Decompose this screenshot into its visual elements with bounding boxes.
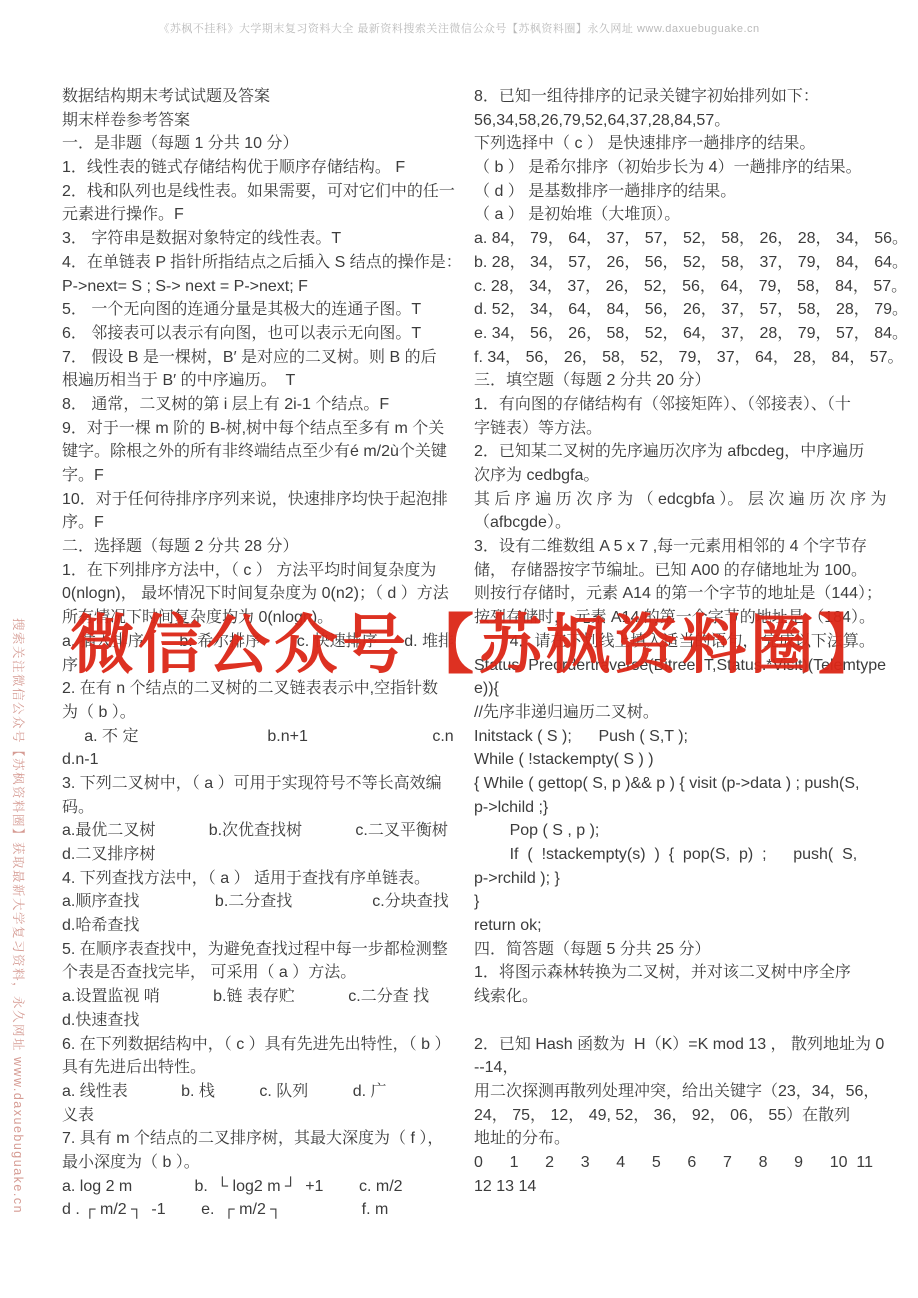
text-line: Pop ( S , p ); bbox=[474, 819, 870, 843]
page-header-text: 《苏枫不挂科》大学期末复习资料大全 最新资料搜索关注微信公众号【苏枫资料圈】永久… bbox=[0, 20, 918, 36]
text-line: a. 84， 79， 64， 37， 57， 52， 58， 26， 28， 3… bbox=[474, 227, 870, 251]
text-line: p->rchild ); } bbox=[474, 867, 870, 891]
text-line: a.设置监视 哨 b.链 表存贮 c.二分查 找 bbox=[62, 985, 458, 1009]
text-line: c. 28， 34， 37， 26， 52， 56， 64， 79， 58， 8… bbox=[474, 275, 870, 299]
text-line: 所有情况下时间复杂度均为 0(nlogn)。 bbox=[62, 606, 458, 630]
text-line: 字链表）等方法。 bbox=[474, 417, 870, 441]
text-line: 1．在下列排序方法中，（ c ） 方法平均时间复杂度为 bbox=[62, 559, 458, 583]
watermark-side-text: 搜索关注微信公众号【苏枫资料圈】获取最新大学复习资料，永久网址 www.daxu… bbox=[10, 618, 28, 1214]
text-line: （afbcgde）。 bbox=[474, 511, 870, 535]
text-line: （ b ） 是希尔排序（初始步长为 4）一趟排序的结果。 bbox=[474, 156, 870, 180]
text-line: 5. 在顺序表查找中，为避免查找过程中每一步都检测整 bbox=[62, 938, 458, 962]
text-line: 码。 bbox=[62, 796, 458, 820]
text-line: a.最优二叉树 b.次优查找树 c.二叉平衡树 bbox=[62, 819, 458, 843]
text-line: 7． 假设 B 是一棵树，B′ 是对应的二叉树。则 B 的后 bbox=[62, 346, 458, 370]
text-line: 键字。除根之外的所有非终端结点至少有é m/2ù个关键 bbox=[62, 440, 458, 464]
text-line: 2．已知某二叉树的先序遍历次序为 afbcdeg，中序遍历 bbox=[474, 440, 870, 464]
text-line: 储， 存储器按字节编址。已知 A00 的存储地址为 100。 bbox=[474, 559, 870, 583]
text-line: 地址的分布。 bbox=[474, 1127, 870, 1151]
text-line: 数据结构期末考试试题及答案 bbox=[62, 85, 458, 109]
text-line: a. 插入排序 b. 希尔排序 c. 快速排序 d. 堆排 bbox=[62, 630, 458, 654]
text-line: b. 28， 34， 57， 26， 56， 52， 58， 37， 79， 8… bbox=[474, 251, 870, 275]
text-line: 四．简答题（每题 5 分共 25 分） bbox=[474, 938, 870, 962]
text-line: 序。F bbox=[62, 511, 458, 535]
text-line: If ( !stackempty(s) ) { pop(S, p) ; push… bbox=[474, 843, 870, 867]
text-line: 4．请在下划线上填入适当的语句， 完成以下法算。 bbox=[474, 630, 870, 654]
text-line: 4. 下列查找方法中，（ a ） 适用于查找有序单链表。 bbox=[62, 867, 458, 891]
text-line: 2．栈和队列也是线性表。如果需要，可对它们中的任一 bbox=[62, 180, 458, 204]
text-line: 3． 字符串是数据对象特定的线性表。T bbox=[62, 227, 458, 251]
text-line: a.顺序查找 b.二分查找 c.分块查找 bbox=[62, 890, 458, 914]
text-line: 具有先进后出特性。 bbox=[62, 1056, 458, 1080]
text-line: 6． 邻接表可以表示有向图，也可以表示无向图。T bbox=[62, 322, 458, 346]
text-line: Initstack ( S ); Push ( S,T ); bbox=[474, 725, 870, 749]
text-line: 3. 下列二叉树中，（ a ）可用于实现符号不等长高效编 bbox=[62, 772, 458, 796]
text-line: --14， bbox=[474, 1056, 870, 1080]
text-line: 序 bbox=[62, 654, 458, 678]
text-line: } bbox=[474, 890, 870, 914]
text-line: 12 13 14 bbox=[474, 1175, 870, 1199]
text-line: 字。F bbox=[62, 464, 458, 488]
text-line: 按列存储时， 元素 A14 的第一个字节的地址是 （184）。 bbox=[474, 606, 870, 630]
text-line: 为（ b ）。 bbox=[62, 701, 458, 725]
text-line: a. log 2 m b. └ log2 m ┘ +1 c. m/2 bbox=[62, 1175, 458, 1199]
text-line: //先序非递归遍历二叉树。 bbox=[474, 701, 870, 725]
text-line: d . ┌ m/2 ┐ -1 e. ┌ m/2 ┐ f. m bbox=[62, 1198, 458, 1222]
text-line: 1．有向图的存储结构有（邻接矩阵）、（邻接表）、（十 bbox=[474, 393, 870, 417]
text-line: 8．已知一组待排序的记录关键字初始排列如下： bbox=[474, 85, 870, 109]
text-line: 线索化。 bbox=[474, 985, 870, 1009]
text-line: 3．设有二维数组 A 5 x 7 ,每一元素用相邻的 4 个字节存 bbox=[474, 535, 870, 559]
text-line: 5． 一个无向图的连通分量是其极大的连通子图。T bbox=[62, 298, 458, 322]
text-line: 一．是非题（每题 1 分共 10 分） bbox=[62, 132, 458, 156]
right-column: 8．已知一组待排序的记录关键字初始排列如下：56,34,58,26,79,52,… bbox=[474, 85, 870, 1222]
text-line: d.n-1 bbox=[62, 748, 458, 772]
text-line: 2．已知 Hash 函数为 H（K）=K mod 13 ， 散列地址为 0 bbox=[474, 1033, 870, 1057]
text-line: 0(nlogn)， 最坏情况下时间复杂度为 0(n2)；（ d ）方法 bbox=[62, 582, 458, 606]
text-line: 期末样卷参考答案 bbox=[62, 109, 458, 133]
text-line: 最小深度为（ b ）。 bbox=[62, 1151, 458, 1175]
text-line: 则按行存储时，元素 A14 的第一个字节的地址是（144）； bbox=[474, 582, 870, 606]
text-line: d.二叉排序树 bbox=[62, 843, 458, 867]
document-body: 数据结构期末考试试题及答案期末样卷参考答案一．是非题（每题 1 分共 10 分）… bbox=[62, 85, 870, 1222]
text-line: d.哈希查找 bbox=[62, 914, 458, 938]
text-line: 6. 在下列数据结构中，（ c ）具有先进先出特性，（ b ） bbox=[62, 1033, 458, 1057]
text-line: d. 52， 34， 64， 84， 56， 26， 37， 57， 58， 2… bbox=[474, 298, 870, 322]
text-line: 下列选择中（ c ） 是快速排序一趟排序的结果。 bbox=[474, 132, 870, 156]
text-line: （ d ） 是基数排序一趟排序的结果。 bbox=[474, 180, 870, 204]
text-line: e. 34， 56， 26， 58， 52， 64， 37， 28， 79， 5… bbox=[474, 322, 870, 346]
text-line: 其 后 序 遍 历 次 序 为 （ edcgbfa ）。 层 次 遍 历 次 序… bbox=[474, 488, 870, 512]
text-line: 元素进行操作。F bbox=[62, 203, 458, 227]
text-line: 二．选择题（每题 2 分共 28 分） bbox=[62, 535, 458, 559]
text-line: 1．将图示森林转换为二叉树，并对该二叉树中序全序 bbox=[474, 961, 870, 985]
text-line: 10．对于任何待排序序列来说，快速排序均快于起泡排 bbox=[62, 488, 458, 512]
document-page: 《苏枫不挂科》大学期末复习资料大全 最新资料搜索关注微信公众号【苏枫资料圈】永久… bbox=[0, 0, 918, 1298]
text-line: 9．对于一棵 m 阶的 B-树,树中每个结点至多有 m 个关 bbox=[62, 417, 458, 441]
text-line: { While ( gettop( S, p )&& p ) { visit (… bbox=[474, 772, 870, 796]
text-line: 义表 bbox=[62, 1104, 458, 1128]
left-column: 数据结构期末考试试题及答案期末样卷参考答案一．是非题（每题 1 分共 10 分）… bbox=[62, 85, 458, 1222]
text-line: 4．在单链表 P 指针所指结点之后插入 S 结点的操作是： bbox=[62, 251, 458, 275]
text-line: Status Preordertraverse(Bitree T,Status.… bbox=[474, 654, 870, 678]
text-line: 56,34,58,26,79,52,64,37,28,84,57。 bbox=[474, 109, 870, 133]
text-line: P->next= S ; S-> next = P->next; F bbox=[62, 275, 458, 299]
text-line: a. 线性表 b. 栈 c. 队列 d. 广 bbox=[62, 1080, 458, 1104]
text-line: 个表是否查找完毕， 可采用（ a ）方法。 bbox=[62, 961, 458, 985]
text-line bbox=[474, 1009, 870, 1033]
text-line: 次序为 cedbgfa。 bbox=[474, 464, 870, 488]
text-line: e)){ bbox=[474, 677, 870, 701]
text-line: 2. 在有 n 个结点的二叉树的二叉链表表示中,空指针数 bbox=[62, 677, 458, 701]
text-line: 24， 75， 12， 49, 52， 36， 92， 06， 55）在散列 bbox=[474, 1104, 870, 1128]
text-line: 0 1 2 3 4 5 6 7 8 9 10 11 bbox=[474, 1151, 870, 1175]
text-line: return ok; bbox=[474, 914, 870, 938]
text-line: 三．填空题（每题 2 分共 20 分） bbox=[474, 369, 870, 393]
text-line: 1．线性表的链式存储结构优于顺序存储结构。 F bbox=[62, 156, 458, 180]
text-line: 根遍历相当于 B′ 的中序遍历。 T bbox=[62, 369, 458, 393]
text-line: （ a ） 是初始堆（大堆顶）。 bbox=[474, 203, 870, 227]
text-line: f. 34， 56， 26， 58， 52， 79， 37， 64， 28， 8… bbox=[474, 346, 870, 370]
text-line: 8． 通常，二叉树的第 i 层上有 2i-1 个结点。F bbox=[62, 393, 458, 417]
text-line: 7. 具有 m 个结点的二叉排序树，其最大深度为（ f ）， bbox=[62, 1127, 458, 1151]
text-line: d.快速查找 bbox=[62, 1009, 458, 1033]
text-line: a. 不 定 b.n+1 c.n bbox=[62, 725, 458, 749]
text-line: 用二次探测再散列处理冲突，给出关键字（23，34，56， bbox=[474, 1080, 870, 1104]
text-line: While ( !stackempty( S ) ) bbox=[474, 748, 870, 772]
text-line: p->lchild ;} bbox=[474, 796, 870, 820]
